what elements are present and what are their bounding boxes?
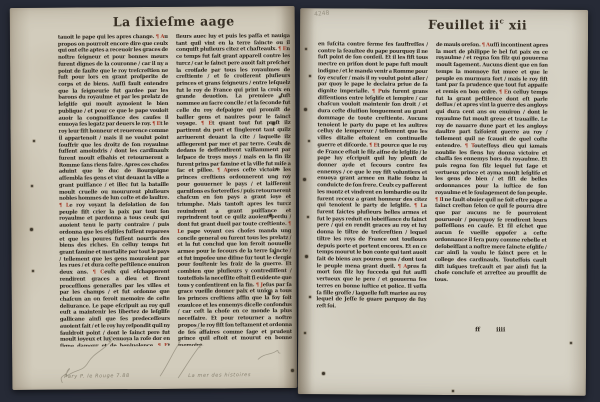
wormhole: [309, 296, 311, 298]
wormhole: [307, 216, 309, 218]
wormhole: [309, 75, 311, 77]
wormhole: [452, 390, 454, 392]
right-page-column-2: de mauls oreſon. ¶ Auſſi incontinent apr…: [434, 42, 548, 324]
right-page: 4248 Feuillet iic xii en ſuſcita contre …: [298, 8, 588, 396]
left-page-column-2: ſieurs auec luy et puis les paſſa et nau…: [176, 33, 292, 346]
wormhole: [274, 252, 276, 254]
wormhole: [305, 255, 308, 258]
pencil-note-title: La mer des histoires: [188, 372, 251, 379]
wormhole: [322, 372, 325, 375]
wormhole: [276, 168, 278, 170]
book-photograph: La ſixieſme aage tauoit le pape qui les …: [0, 0, 600, 402]
folio-numeral: xii: [504, 17, 527, 32]
wormhole: [305, 48, 307, 50]
wormhole: [303, 178, 306, 181]
wormhole: [304, 108, 307, 111]
left-page-column-1: tauoit le pape qui les apres change. ¶ A…: [58, 34, 170, 347]
gutter-shadow: [298, 8, 314, 394]
wormhole: [279, 96, 281, 98]
wormhole: [33, 140, 35, 142]
left-page-running-title: La ſixieſme aage: [50, 13, 298, 30]
pencil-note-imprint: Pary P. le Rouge 7.88: [64, 373, 130, 380]
signature-letters: ff: [475, 326, 480, 333]
wormhole: [291, 369, 294, 372]
right-page-folio-number: Feuillet iic xii: [355, 15, 588, 32]
wormhole: [304, 332, 306, 334]
wormhole: [31, 185, 33, 187]
left-page: La ſixieſme aage tauoit le pape qui les …: [10, 6, 298, 390]
wormhole: [570, 342, 572, 344]
wormhole: [30, 228, 33, 231]
right-page-column-1: en ſuſcita contre ferme ſes ſauffreſſes …: [316, 41, 428, 330]
wormhole: [269, 214, 272, 217]
pencil-inventory-number: 4248: [314, 10, 330, 18]
gutter-shadow: [281, 6, 298, 388]
wormhole: [268, 292, 271, 295]
wormhole: [32, 270, 34, 272]
signature-numerals: iiii: [496, 326, 505, 333]
quire-signature: ff iiii: [434, 326, 546, 334]
folio-word: Feuillet ii: [428, 17, 500, 32]
wormhole: [272, 122, 275, 125]
wormhole: [308, 140, 310, 142]
